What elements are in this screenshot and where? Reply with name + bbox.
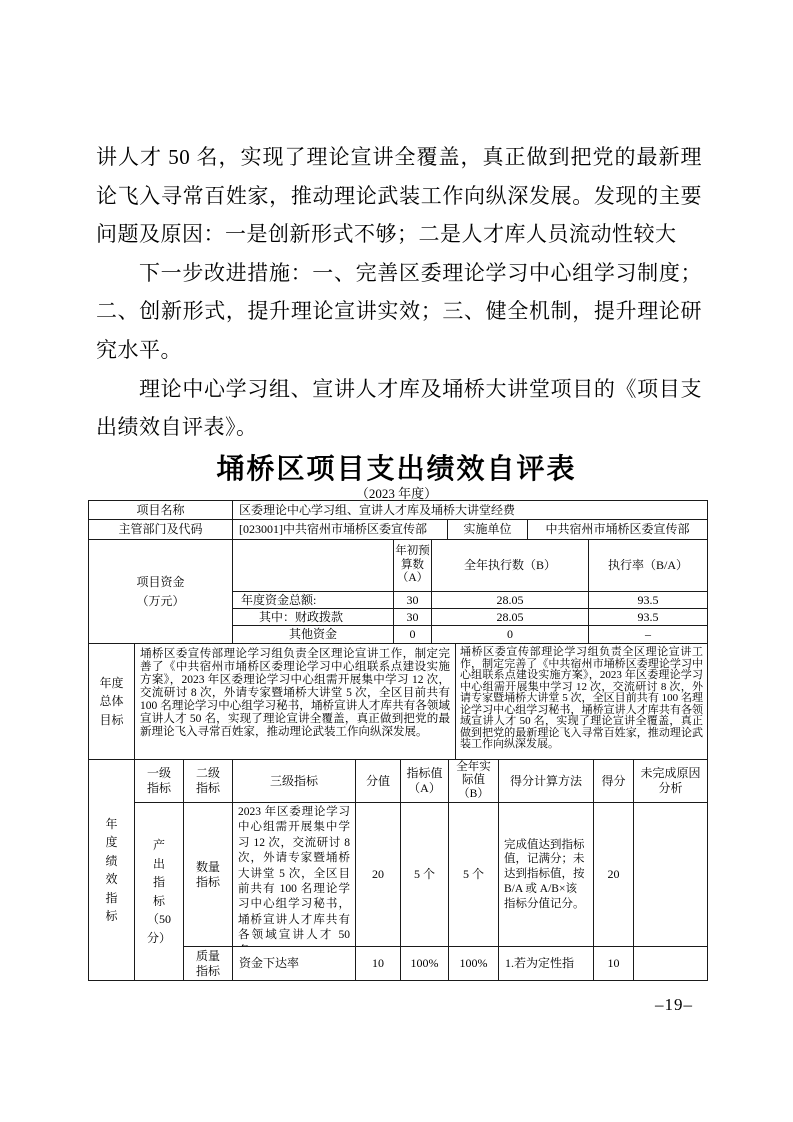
header-score-value: 分值 <box>356 760 401 802</box>
project-name-value: 区委理论中心学习组、宣讲人才库及埇桥大讲堂经费 <box>233 501 707 519</box>
quantity-level3: 2023 年区委理论学习中心组需开展集中学习 12 次，交流研讨 8 次，外请专… <box>233 803 356 946</box>
quality-reason <box>634 947 707 980</box>
header-actual: 全年实 际值 （B） <box>449 760 499 802</box>
funding-header-empty <box>233 540 394 591</box>
evaluation-table: 项目名称 区委理论中心学习组、宣讲人才库及埇桥大讲堂经费 主管部门及代码 [02… <box>88 500 708 981</box>
quantity-actual: 5 个 <box>449 803 499 946</box>
header-level3: 三级指标 <box>233 760 356 802</box>
page-number: –19– <box>638 995 710 1015</box>
funding-row-total: 年度资金总额: 30 28.05 93.5 <box>233 592 707 609</box>
quantity-method: 完成值达到指标值，记满分；未达到指标值，按 B/A 或 A/B×该指标分值记分。 <box>499 803 594 946</box>
funding-total-budget: 30 <box>394 592 432 608</box>
funding-row-fiscal: 其中：财政拨款 30 28.05 93.5 <box>233 609 707 626</box>
indicators-body: 产 出 指 标 （50 分） 数量 指标 2023 年区委理论学习中心组需开展集… <box>135 803 707 980</box>
funding-header-budget: 年初预 算数 （A） <box>394 540 432 591</box>
document-page: 讲人才 50 名，实现了理论宣讲全覆盖，真正做到把党的最新理论飞入寻常百姓家，推… <box>0 0 793 1122</box>
quality-score-value: 10 <box>356 947 401 980</box>
funding-label: 项目资金 （万元） <box>89 540 233 643</box>
quantity-reason <box>634 803 707 946</box>
page-title: 埇桥区项目支出绩效自评表 <box>0 447 793 487</box>
department-value: [023001]中共宿州市埇桥区委宣传部 <box>233 520 448 539</box>
quantity-target: 5 个 <box>401 803 449 946</box>
indicator-row-quality: 质量 指标 资金下达率 10 100% 100% 1.若为定性指 10 <box>184 947 707 980</box>
funding-fiscal-exec: 28.05 <box>432 609 589 625</box>
funding-other-rate: – <box>589 626 707 643</box>
funding-total-exec: 28.05 <box>432 592 589 608</box>
annual-goal-actual: 埇桥区委宣传部理论学习组负责全区理论宣讲工作，制定完善了《中共宿州市埇桥区委理论… <box>456 644 707 759</box>
indicator-level1: 产 出 指 标 （50 分） <box>135 803 184 980</box>
body-text: 讲人才 50 名，实现了理论宣讲全覆盖，真正做到把党的最新理论飞入寻常百姓家，推… <box>96 138 702 447</box>
annual-goal-label: 年度 总体 目标 <box>89 644 135 759</box>
section-annual-goal: 年度 总体 目标 埇桥区委宣传部理论学习组负责全区理论宣讲工作，制定完善了《中共… <box>89 644 707 760</box>
header-target: 指标值 （A） <box>401 760 449 802</box>
paragraph-table-intro: 理论中心学习组、宣讲人才库及埇桥大讲堂项目的《项目支出绩效自评表》。 <box>96 370 702 447</box>
quality-target: 100% <box>401 947 449 980</box>
paragraph-improvement-measures: 下一步改进措施：一、完善区委理论学习中心组学习制度；二、创新形式，提升理论宣讲实… <box>96 254 702 370</box>
annual-goal-expected: 埇桥区委宣传部理论学习组负责全区理论宣讲工作，制定完善了《中共宿州市埇桥区委理论… <box>135 644 456 759</box>
funding-other-name: 其他资金 <box>233 626 394 643</box>
funding-total-rate: 93.5 <box>589 592 707 608</box>
funding-fiscal-rate: 93.5 <box>589 609 707 625</box>
header-score: 得分 <box>594 760 634 802</box>
quality-method: 1.若为定性指 <box>499 947 594 980</box>
funding-other-budget: 0 <box>394 626 432 643</box>
indicators-header-row: 一级 指标 二级 指标 三级指标 分值 指标值 （A） 全年实 际值 （B） 得… <box>135 760 707 803</box>
quantity-score-value: 20 <box>356 803 401 946</box>
indicators-label: 年 度 绩 效 指 标 <box>89 760 135 980</box>
indicators-grid: 一级 指标 二级 指标 三级指标 分值 指标值 （A） 全年实 际值 （B） 得… <box>135 760 707 980</box>
funding-fiscal-budget: 30 <box>394 609 432 625</box>
row-department: 主管部门及代码 [023001]中共宿州市埇桥区委宣传部 实施单位 中共宿州市埇… <box>89 520 707 540</box>
funding-header-rate: 执行率（B/A） <box>589 540 707 591</box>
paragraph-continuation: 讲人才 50 名，实现了理论宣讲全覆盖，真正做到把党的最新理论飞入寻常百姓家，推… <box>96 138 702 254</box>
implementer-value: 中共宿州市埇桥区委宣传部 <box>528 520 707 539</box>
quality-actual: 100% <box>449 947 499 980</box>
funding-header-row: 年初预 算数 （A） 全年执行数（B） 执行率（B/A） <box>233 540 707 592</box>
funding-header-exec: 全年执行数（B） <box>432 540 589 591</box>
section-indicators: 年 度 绩 效 指 标 一级 指标 二级 指标 三级指标 分值 指标值 （A） … <box>89 760 707 980</box>
implementer-label: 实施单位 <box>448 520 528 539</box>
header-reason: 未完成原因 分析 <box>634 760 707 802</box>
indicator-row-quantity: 数量 指标 2023 年区委理论学习中心组需开展集中学习 12 次，交流研讨 8… <box>184 803 707 947</box>
quality-score: 10 <box>594 947 634 980</box>
funding-other-exec: 0 <box>432 626 589 643</box>
section-funding: 项目资金 （万元） 年初预 算数 （A） 全年执行数（B） 执行率（B/A） 年… <box>89 540 707 644</box>
funding-fiscal-name: 其中：财政拨款 <box>233 609 394 625</box>
row-project-name: 项目名称 区委理论中心学习组、宣讲人才库及埇桥大讲堂经费 <box>89 501 707 520</box>
funding-grid: 年初预 算数 （A） 全年执行数（B） 执行率（B/A） 年度资金总额: 30 … <box>233 540 707 643</box>
funding-total-name: 年度资金总额: <box>233 592 394 608</box>
project-name-label: 项目名称 <box>89 501 233 519</box>
header-level2: 二级 指标 <box>184 760 233 802</box>
quantity-score: 20 <box>594 803 634 946</box>
header-method: 得分计算方法 <box>499 760 594 802</box>
funding-row-other: 其他资金 0 0 – <box>233 626 707 643</box>
quality-level3: 资金下达率 <box>233 947 356 980</box>
quantity-level2: 数量 指标 <box>184 803 233 946</box>
quality-level2: 质量 指标 <box>184 947 233 980</box>
indicator-rows: 数量 指标 2023 年区委理论学习中心组需开展集中学习 12 次，交流研讨 8… <box>184 803 707 980</box>
header-level1: 一级 指标 <box>135 760 184 802</box>
department-label: 主管部门及代码 <box>89 520 233 539</box>
